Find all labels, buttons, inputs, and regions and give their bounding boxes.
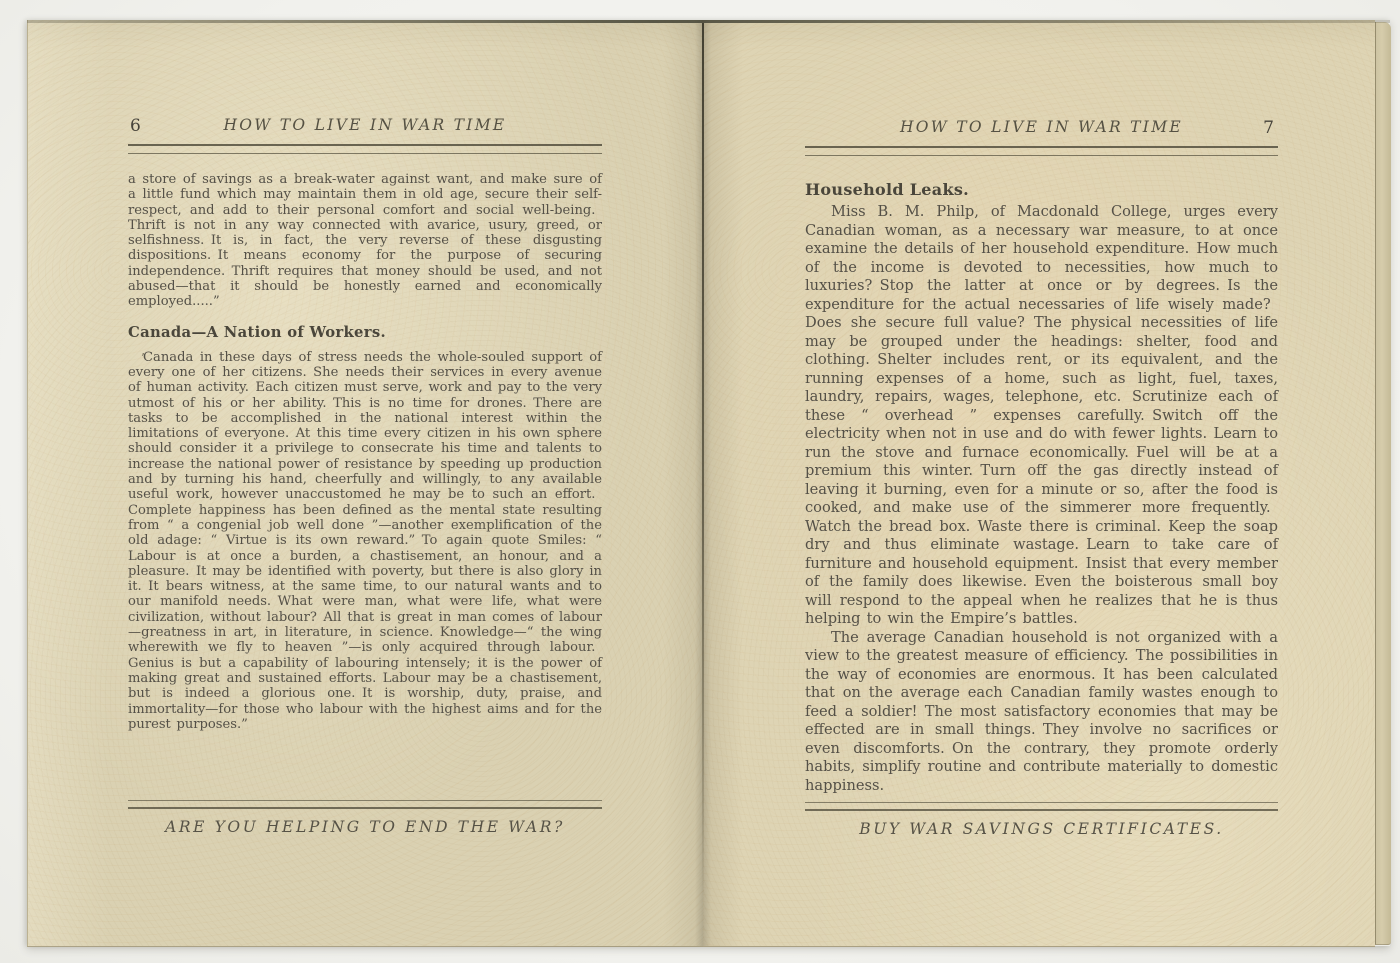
footer-slogan-left: ARE YOU HELPING TO END THE WAR?	[128, 818, 602, 836]
section-heading-canada: Canada—A Nation of Workers.	[128, 324, 602, 341]
right-page-content: HOW TO LIVE IN WAR TIME 7 Household Leak…	[805, 117, 1278, 795]
footer-rule-left	[128, 800, 602, 809]
paragraph-household-leaks: Miss B. M. Philp, of Macdonald College, …	[805, 203, 1278, 629]
left-page-footer: ARE YOU HELPING TO END THE WAR?	[128, 800, 602, 836]
left-page-header: 6 HOW TO LIVE IN WAR TIME	[128, 115, 602, 139]
header-rule-right	[805, 146, 1278, 156]
print-artifact-mark: ’	[141, 351, 145, 365]
right-page-header: HOW TO LIVE IN WAR TIME 7	[805, 117, 1278, 141]
page-number-right: 7	[1263, 118, 1274, 138]
section-heading-household-leaks: Household Leaks.	[805, 180, 1278, 199]
paragraph-canada-workers: Canada in these days of stress needs the…	[128, 350, 602, 732]
header-rule-left	[128, 144, 602, 154]
running-title-right: HOW TO LIVE IN WAR TIME	[900, 118, 1183, 136]
footer-slogan-right: BUY WAR SAVINGS CERTIFICATES.	[805, 820, 1278, 838]
booklet-spread: 6 HOW TO LIVE IN WAR TIME a store of sav…	[27, 20, 1390, 946]
gutter-fold-line	[702, 23, 704, 898]
running-title-left: HOW TO LIVE IN WAR TIME	[223, 116, 506, 134]
left-page-content: 6 HOW TO LIVE IN WAR TIME a store of sav…	[128, 115, 602, 732]
right-page-footer: BUY WAR SAVINGS CERTIFICATES.	[805, 802, 1278, 838]
paragraph-thrift: a store of savings as a break-water agai…	[128, 172, 602, 310]
page-number-left: 6	[130, 116, 141, 136]
under-page-edge	[1375, 22, 1391, 945]
paragraph-average-household: The average Canadian household is not or…	[805, 629, 1278, 796]
footer-rule-right	[805, 802, 1278, 811]
scan-background: 6 HOW TO LIVE IN WAR TIME a store of sav…	[0, 0, 1400, 963]
